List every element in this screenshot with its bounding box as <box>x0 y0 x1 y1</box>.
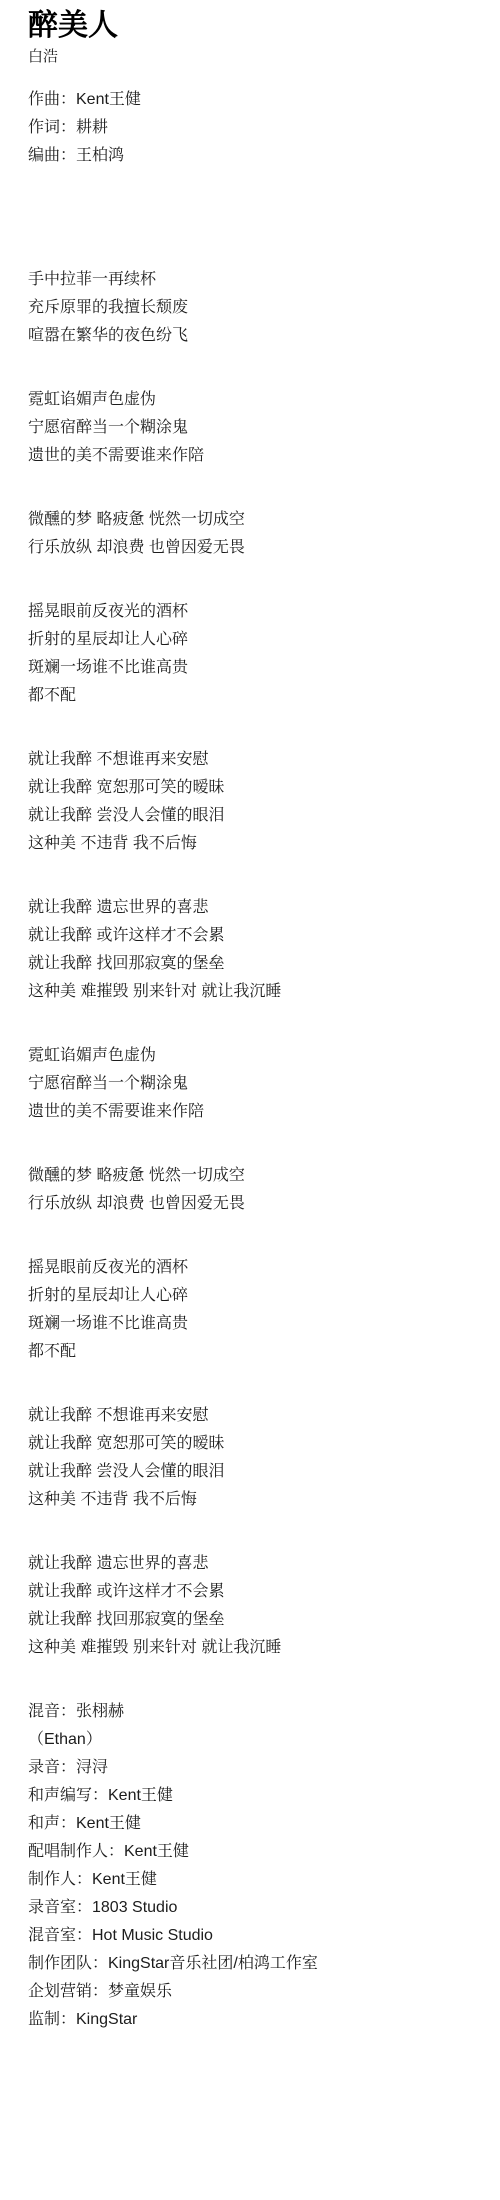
lyric-line: 充斥原罪的我擅长颓废 <box>28 294 480 322</box>
lyric-line: 斑斓一场谁不比谁高贵 <box>28 654 480 682</box>
bottom-credit-line: 配唱制作人：Kent王健 <box>28 1838 480 1866</box>
bottom-credit-line: 制作团队：KingStar音乐社团/柏鸿工作室 <box>28 1950 480 1978</box>
lyric-line: 微醺的梦 略疲惫 恍然一切成空 <box>28 1162 480 1190</box>
top-credit-line: 编曲：王柏鸿 <box>28 142 480 170</box>
lyric-line: 就让我醉 找回那寂寞的堡垒 <box>28 1606 480 1634</box>
bottom-credit-line: 混音：张栩赫 <box>28 1698 480 1726</box>
lyric-line: 就让我醉 不想谁再来安慰 <box>28 1402 480 1430</box>
top-credit-line: 作词：耕耕 <box>28 114 480 142</box>
lyric-line: 就让我醉 不想谁再来安慰 <box>28 746 480 774</box>
bottom-credit-line: 混音室：Hot Music Studio <box>28 1922 480 1950</box>
lyric-line: 这种美 难摧毁 别来针对 就让我沉睡 <box>28 978 480 1006</box>
bottom-credit-line: 和声编写：Kent王健 <box>28 1782 480 1810</box>
lyric-line: 就让我醉 宽恕那可笑的暧昧 <box>28 774 480 802</box>
lyric-stanza: 就让我醉 遗忘世界的喜悲就让我醉 或许这样才不会累就让我醉 找回那寂寞的堡垒这种… <box>28 1550 480 1662</box>
lyric-line: 就让我醉 宽恕那可笑的暧昧 <box>28 1430 480 1458</box>
lyric-line: 就让我醉 遗忘世界的喜悲 <box>28 894 480 922</box>
lyric-line: 折射的星辰却让人心碎 <box>28 1282 480 1310</box>
lyric-stanza: 就让我醉 遗忘世界的喜悲就让我醉 或许这样才不会累就让我醉 找回那寂寞的堡垒这种… <box>28 894 480 1006</box>
lyric-line: 就让我醉 或许这样才不会累 <box>28 1578 480 1606</box>
lyric-line: 宁愿宿醉当一个糊涂鬼 <box>28 414 480 442</box>
lyric-line: 就让我醉 遗忘世界的喜悲 <box>28 1550 480 1578</box>
lyric-line: 喧嚣在繁华的夜色纷飞 <box>28 322 480 350</box>
lyric-stanza: 微醺的梦 略疲惫 恍然一切成空行乐放纵 却浪费 也曾因爱无畏 <box>28 1162 480 1218</box>
bottom-credit-line: （Ethan） <box>28 1726 480 1754</box>
lyric-line: 这种美 难摧毁 别来针对 就让我沉睡 <box>28 1634 480 1662</box>
lyric-line: 手中拉菲一再续杯 <box>28 266 480 294</box>
bottom-credit-line: 录音：浔浔 <box>28 1754 480 1782</box>
lyric-stanza: 霓虹谄媚声色虚伪宁愿宿醉当一个糊涂鬼遗世的美不需要谁来作陪 <box>28 386 480 470</box>
lyric-stanza: 摇晃眼前反夜光的酒杯折射的星辰却让人心碎斑斓一场谁不比谁高贵都不配 <box>28 1254 480 1366</box>
lyric-line: 摇晃眼前反夜光的酒杯 <box>28 598 480 626</box>
lyric-line: 这种美 不违背 我不后悔 <box>28 1486 480 1514</box>
lyric-line: 行乐放纵 却浪费 也曾因爱无畏 <box>28 1190 480 1218</box>
lyric-line: 行乐放纵 却浪费 也曾因爱无畏 <box>28 534 480 562</box>
lyric-line: 就让我醉 尝没人会懂的眼泪 <box>28 802 480 830</box>
lyric-stanza: 微醺的梦 略疲惫 恍然一切成空行乐放纵 却浪费 也曾因爱无畏 <box>28 506 480 562</box>
top-credit-line: 作曲：Kent王健 <box>28 86 480 114</box>
lyric-stanza: 摇晃眼前反夜光的酒杯折射的星辰却让人心碎斑斓一场谁不比谁高贵都不配 <box>28 598 480 710</box>
lyric-line: 宁愿宿醉当一个糊涂鬼 <box>28 1070 480 1098</box>
lyric-line: 微醺的梦 略疲惫 恍然一切成空 <box>28 506 480 534</box>
lyric-line: 霓虹谄媚声色虚伪 <box>28 386 480 414</box>
lyric-stanza: 就让我醉 不想谁再来安慰就让我醉 宽恕那可笑的暧昧就让我醉 尝没人会懂的眼泪这种… <box>28 746 480 858</box>
lyric-line: 这种美 不违背 我不后悔 <box>28 830 480 858</box>
bottom-credit-line: 录音室：1803 Studio <box>28 1894 480 1922</box>
lyric-line: 折射的星辰却让人心碎 <box>28 626 480 654</box>
bottom-credit-line: 监制：KingStar <box>28 2006 480 2034</box>
lyric-stanza: 手中拉菲一再续杯充斥原罪的我擅长颓废喧嚣在繁华的夜色纷飞 <box>28 266 480 350</box>
artist-name: 白浩 <box>28 46 480 68</box>
lyric-line: 遗世的美不需要谁来作陪 <box>28 442 480 470</box>
lyric-line: 斑斓一场谁不比谁高贵 <box>28 1310 480 1338</box>
bottom-credits: 混音：张栩赫（Ethan）录音：浔浔和声编写：Kent王健和声：Kent王健配唱… <box>28 1698 480 2184</box>
lyric-line: 霓虹谄媚声色虚伪 <box>28 1042 480 1070</box>
bottom-credit-line: 企划营销：梦童娱乐 <box>28 1978 480 2006</box>
bottom-credit-line: 制作人：Kent王健 <box>28 1866 480 1894</box>
lyric-stanza: 霓虹谄媚声色虚伪宁愿宿醉当一个糊涂鬼遗世的美不需要谁来作陪 <box>28 1042 480 1126</box>
lyric-line: 都不配 <box>28 1338 480 1366</box>
lyric-line: 就让我醉 找回那寂寞的堡垒 <box>28 950 480 978</box>
lyric-stanza: 就让我醉 不想谁再来安慰就让我醉 宽恕那可笑的暧昧就让我醉 尝没人会懂的眼泪这种… <box>28 1402 480 1514</box>
lyrics-body: 手中拉菲一再续杯充斥原罪的我擅长颓废喧嚣在繁华的夜色纷飞霓虹谄媚声色虚伪宁愿宿醉… <box>28 266 480 1662</box>
lyrics-page: 醉美人 白浩 作曲：Kent王健作词：耕耕编曲：王柏鸿 手中拉菲一再续杯充斥原罪… <box>0 0 500 2184</box>
page-title: 醉美人 <box>28 6 480 46</box>
lyric-line: 就让我醉 尝没人会懂的眼泪 <box>28 1458 480 1486</box>
bottom-credit-line: 和声：Kent王健 <box>28 1810 480 1838</box>
lyric-line: 就让我醉 或许这样才不会累 <box>28 922 480 950</box>
lyric-line: 遗世的美不需要谁来作陪 <box>28 1098 480 1126</box>
lyric-line: 摇晃眼前反夜光的酒杯 <box>28 1254 480 1282</box>
top-credits: 作曲：Kent王健作词：耕耕编曲：王柏鸿 <box>28 86 480 170</box>
lyric-line: 都不配 <box>28 682 480 710</box>
